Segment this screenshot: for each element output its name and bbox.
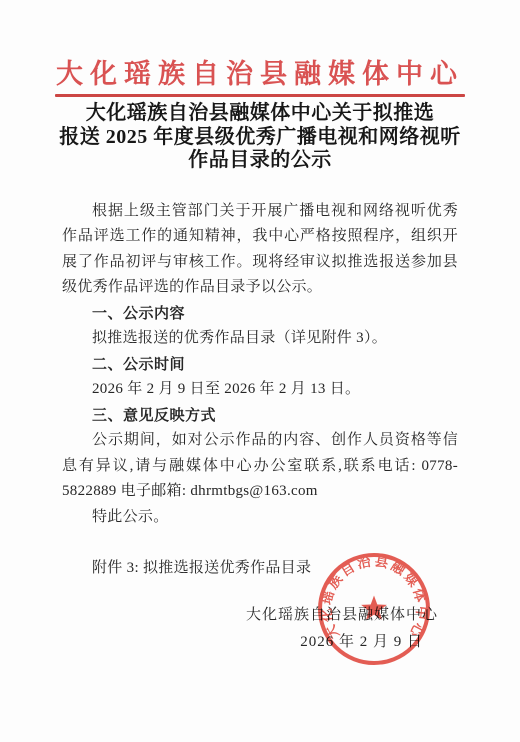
notice-document-page: 大化瑶族自治县融媒体中心 大化瑶族自治县融媒体中心关于拟推选 报送 2025 年… xyxy=(0,0,520,742)
letterhead-org-title: 大化瑶族自治县融媒体中心 xyxy=(0,57,520,91)
section-1-heading: 一、公示内容 xyxy=(62,301,458,327)
document-title-line-1: 大化瑶族自治县融媒体中心关于拟推选 xyxy=(40,102,480,126)
section-2-text: 2026 年 2 月 9 日至 2026 年 2 月 13 日。 xyxy=(62,377,458,403)
section-3-text: 公示期间，如对公示作品的内容、创作人员资格等信息有异议,请与融媒体中心办公室联系… xyxy=(62,428,458,505)
section-2-heading: 二、公示时间 xyxy=(62,352,458,378)
letterhead-divider-line xyxy=(55,94,465,97)
intro-paragraph: 根据上级主管部门关于开展广播电视和网络视听优秀作品评选工作的通知精神，我中心严格… xyxy=(62,199,458,301)
attachment-line: 附件 3: 拟推选报送优秀作品目录 xyxy=(62,556,458,582)
closing-line: 特此公示。 xyxy=(62,505,458,531)
document-title-line-3: 作品目录的公示 xyxy=(40,149,480,173)
notice-body: 根据上级主管部门关于开展广播电视和网络视听优秀作品评选工作的通知精神，我中心严格… xyxy=(62,199,458,582)
document-title: 大化瑶族自治县融媒体中心关于拟推选 报送 2025 年度县级优秀广播电视和网络视… xyxy=(40,102,480,173)
section-1-text: 拟推选报送的优秀作品目录（详见附件 3）。 xyxy=(62,326,458,352)
section-3-heading: 三、意见反映方式 xyxy=(62,403,458,429)
signature-org-name: 大化瑶族自治县融媒体中心 xyxy=(0,602,520,628)
signature-block: 大化瑶族自治县融媒体中心 2026 年 2 月 9 日 xyxy=(0,602,520,656)
signature-date: 2026 年 2 月 9 日 xyxy=(0,628,520,656)
document-title-line-2: 报送 2025 年度县级优秀广播电视和网络视听 xyxy=(40,126,480,150)
